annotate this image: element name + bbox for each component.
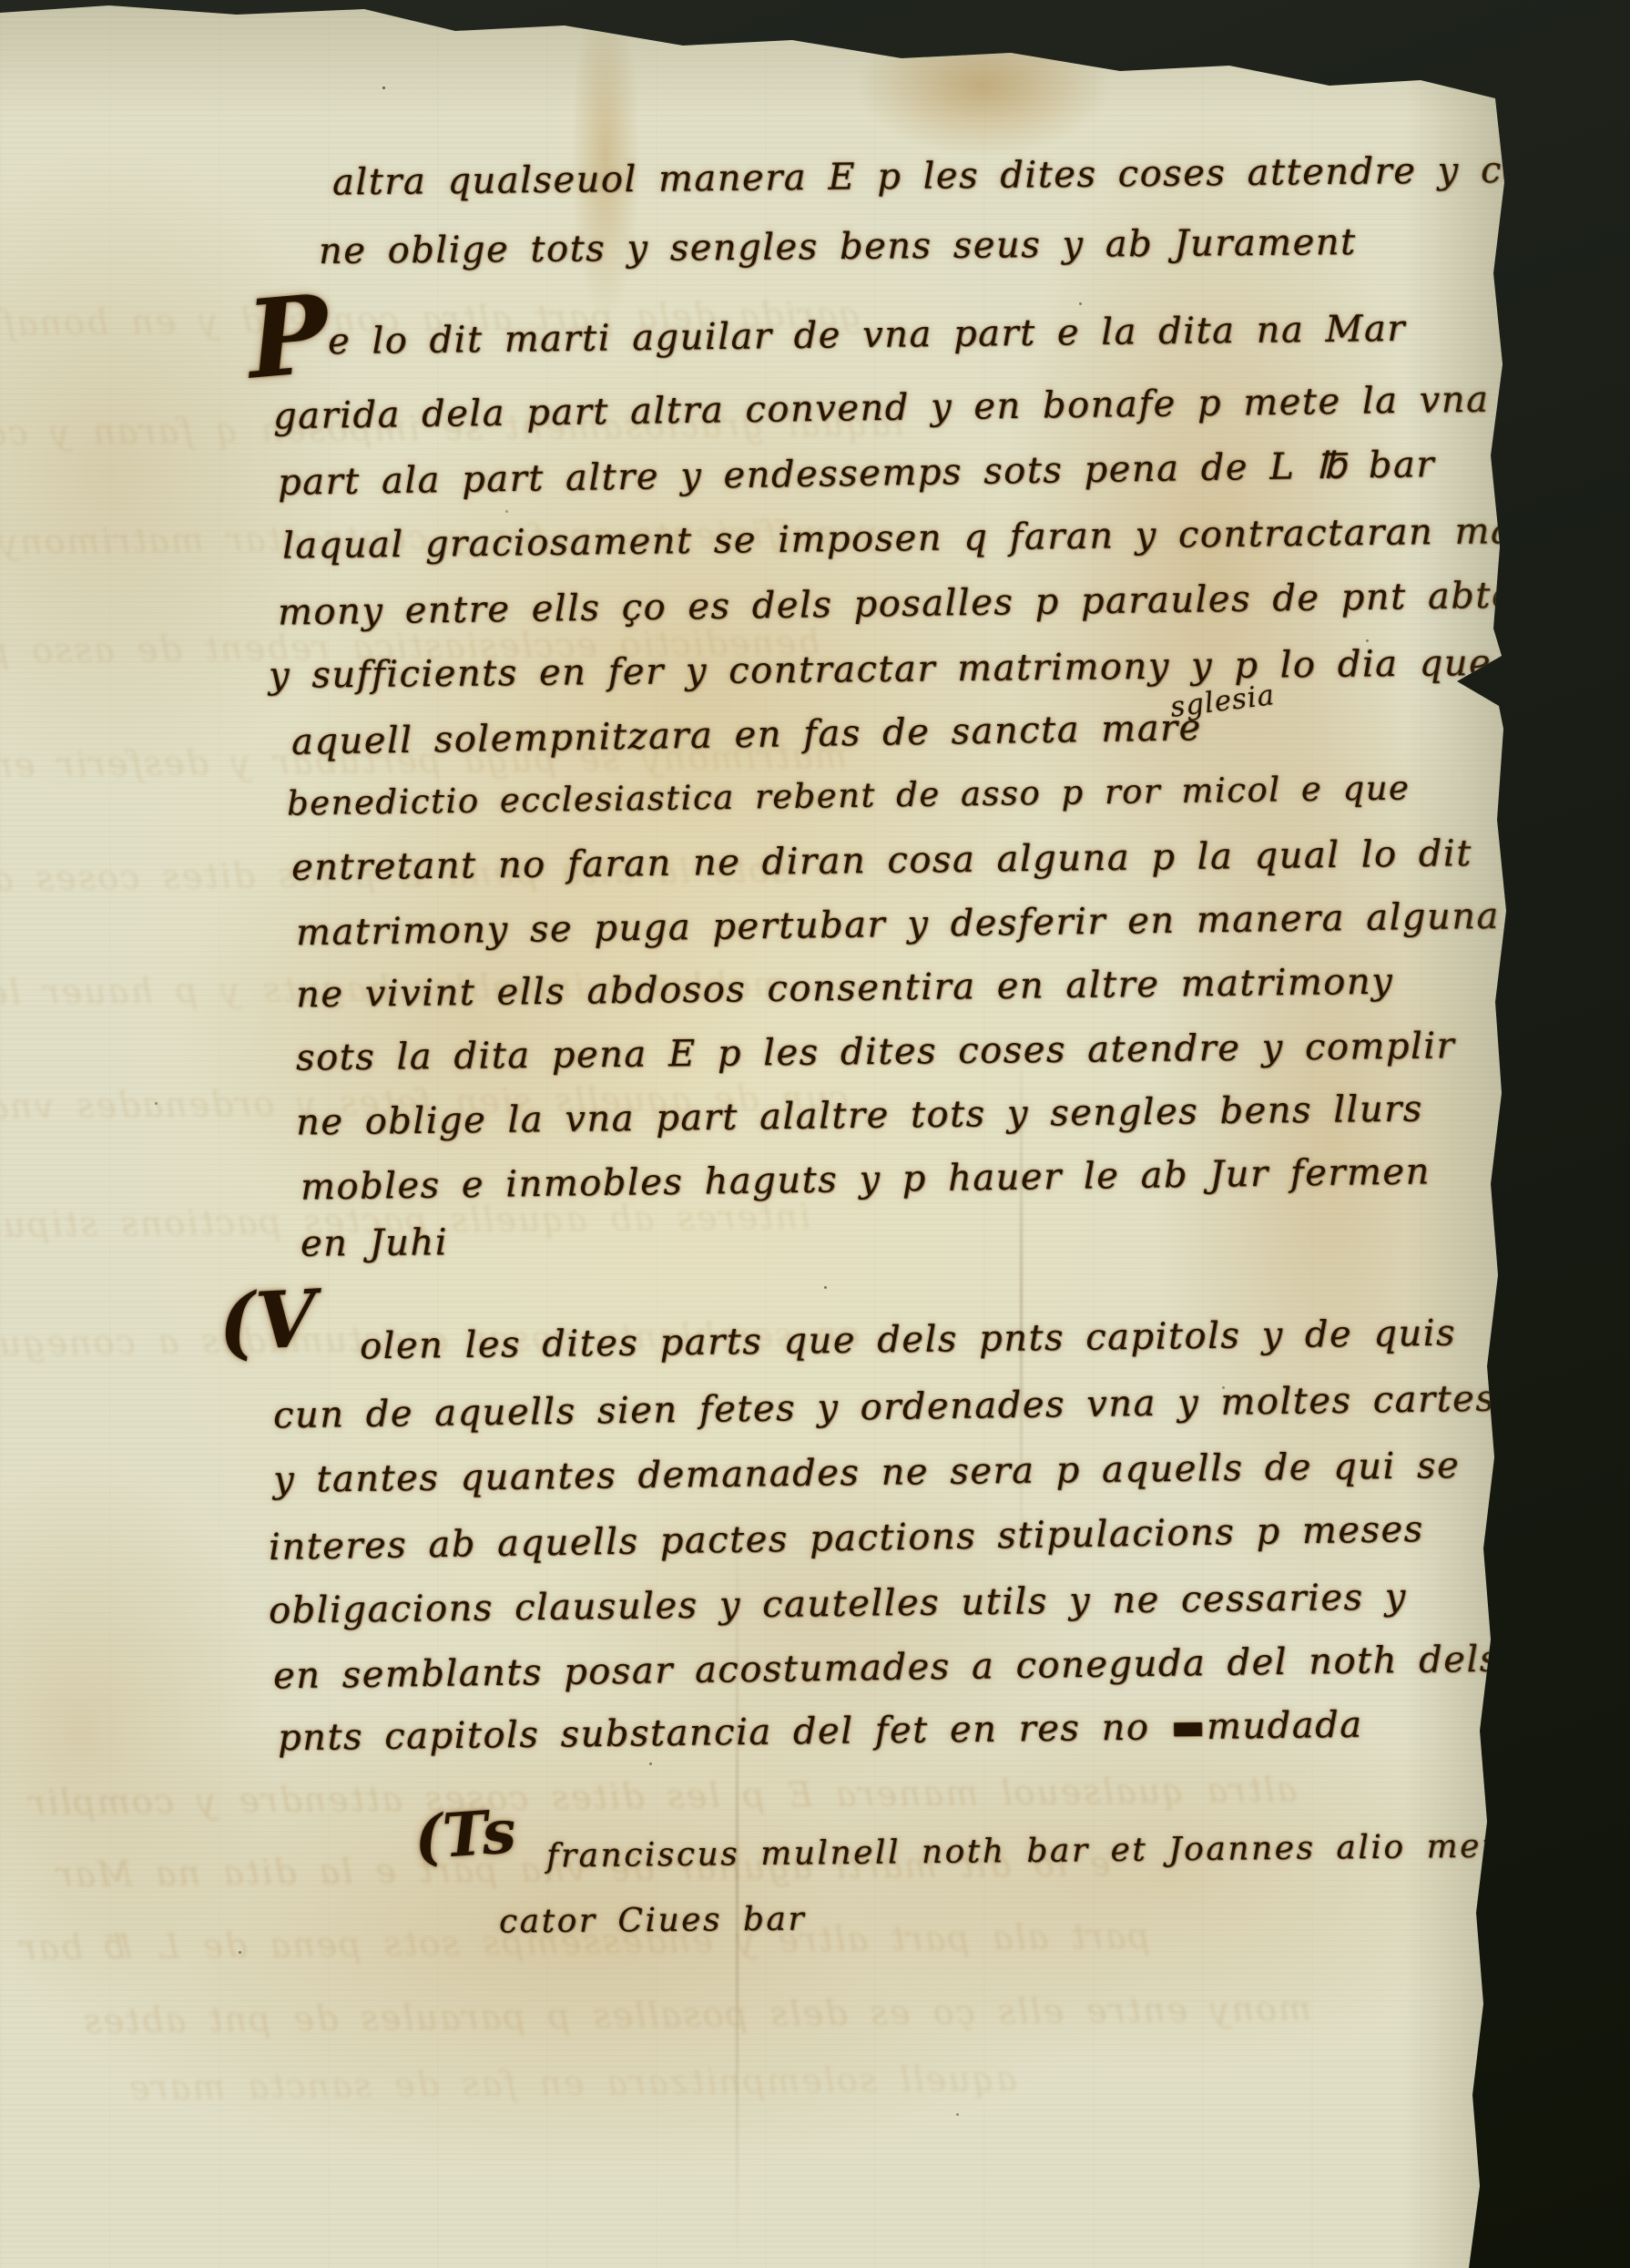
photograph-background: garida dela part altra convend y en bona… <box>0 0 1630 2268</box>
manuscript-line: y tantes quantes demanades ne sera p aqu… <box>273 1445 1461 1501</box>
initial-flourish-v: (V <box>216 1272 319 1369</box>
manuscript-page: garida dela part altra convend y en bona… <box>0 0 1514 2268</box>
initial-flourish-signature: (Ts <box>412 1795 518 1874</box>
manuscript-line: en Juhi <box>301 1221 448 1264</box>
manuscript-line: interes ab aquells pactes pactions stipu… <box>269 1508 1424 1568</box>
manuscript-line: benedictio ecclesiastica rebent de asso … <box>287 768 1411 822</box>
manuscript-line: garida dela part altra convend y en bona… <box>273 379 1490 438</box>
witness-clause-line: cator Ciues bar <box>499 1901 806 1941</box>
manuscript-line: sots la dita pena E p les dites coses at… <box>296 1025 1456 1078</box>
manuscript-line: cun de aquells sien fetes y ordenades vn… <box>273 1378 1496 1437</box>
right-edge-shadow <box>1405 0 1514 2268</box>
manuscript-line: entretant no faran ne diran cosa alguna … <box>291 833 1472 889</box>
manuscript-line: laqual graciosament se imposen q faran y… <box>282 509 1562 567</box>
manuscript-line: aquell solempnitzara en fas de sancta ma… <box>291 707 1202 763</box>
manuscript-line: e lo dit marti aguilar de vna part e la … <box>328 308 1406 363</box>
manuscript-line: y sufficients en fer y contractar matrim… <box>269 642 1492 697</box>
handwritten-text: altra qualseuol manera E p les dites cos… <box>0 0 1514 2268</box>
witness-clause-line: franciscus mulnell noth bar et Joannes a… <box>546 1828 1500 1875</box>
manuscript-line: matrimony se puga pertubar y desferir en… <box>296 895 1500 954</box>
initial-flourish-p: P <box>242 270 334 403</box>
manuscript-line: pnts capitols substancia del fet en res … <box>278 1704 1363 1760</box>
top-edge-shadow <box>0 0 1514 118</box>
manuscript-line: ne oblige la vna part alaltre tots y sen… <box>296 1088 1423 1143</box>
manuscript-line: ne vivint ells abdosos consentira en alt… <box>296 961 1394 1017</box>
dust-specks <box>0 0 3 3</box>
manuscript-line: en semblants posar acostumades a conegud… <box>273 1639 1500 1698</box>
manuscript-line: mobles e inmobles haguts y p hauer le ab… <box>301 1150 1431 1208</box>
manuscript-line: part ala part altre y endessemps sots pe… <box>278 444 1436 504</box>
manuscript-line: olen les dites parts que dels pnts capit… <box>360 1313 1457 1368</box>
manuscript-line: mony entre ells ço es dels posalles p pa… <box>278 574 1535 633</box>
manuscript-line: obligacions clausules y cautelles utils … <box>269 1576 1407 1631</box>
manuscript-line: ne oblige tots y sengles bens seus y ab … <box>319 221 1357 272</box>
